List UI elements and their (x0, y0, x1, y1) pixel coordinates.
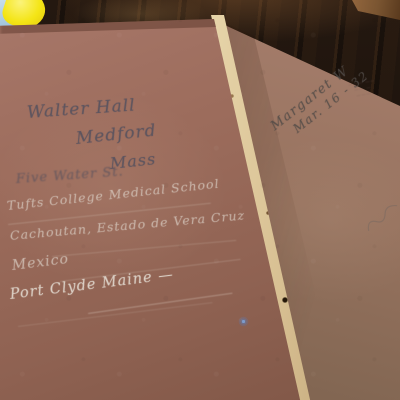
blue-ink-mark (238, 316, 249, 327)
photograph: ――― ―― ―― ― ――― Margaret W Mar. 16 - 32 … (0, 0, 400, 400)
